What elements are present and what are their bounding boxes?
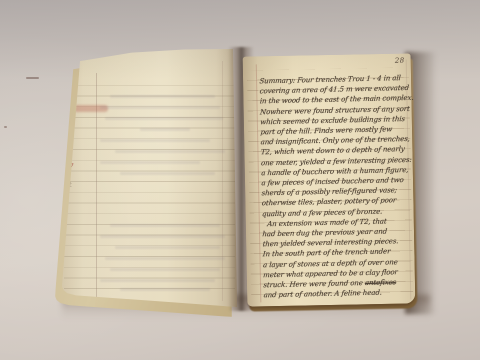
- bleed-through-ghost-line: [100, 139, 210, 142]
- bleed-through-ghost-line: [115, 246, 220, 249]
- handwriting-line: which seemed to exclude buildings in thi…: [260, 115, 405, 126]
- handwriting-line: struck. Here were found one antefixes: [263, 278, 396, 289]
- handwriting-line: a handle of bucchero with a human figure…: [261, 166, 409, 177]
- notebook-photo: 27 Δ T T 7 t 28 Summary: Four trenches T…: [0, 0, 480, 360]
- handwriting-lines: Summary: Four trenches Trou 1 - 4 in all…: [259, 74, 413, 303]
- left-page: 27 Δ T T 7 t: [62, 49, 237, 307]
- handwriting-line: An extension was made of T2, that: [262, 217, 387, 228]
- bleed-through-ghost-line: [100, 161, 200, 164]
- handwriting-line: quality and a few pieces of bronze.: [262, 207, 383, 218]
- handwriting-line: T2, which went down to a depth of nearly: [261, 145, 405, 156]
- background-speck: [4, 126, 7, 128]
- handwriting-line: part of the hill. Finds were mostly few: [260, 125, 392, 136]
- handwriting-line: a layer of stones at a depth of over one: [263, 258, 398, 269]
- bleed-through-ghost-line: [100, 106, 220, 109]
- right-page-number: 28: [395, 57, 405, 65]
- bleed-through-ghost-line: [120, 172, 215, 175]
- bleed-through-ghost-line: [140, 128, 190, 131]
- handwriting-line: one meter, yielded a few interesting pie…: [261, 155, 412, 166]
- bleed-through-ghost-line: [105, 117, 223, 120]
- handwriting-line: in the wood to the east of the main comp…: [260, 94, 414, 105]
- handwriting-line: and part of another. A feline head.: [263, 289, 382, 300]
- handwriting-line: In the south part of the trench under: [262, 248, 390, 259]
- handwriting-line: Nowhere were found structures of any sor…: [260, 105, 410, 116]
- background-scratch: [26, 77, 39, 79]
- bleed-through-ghost-line: [110, 95, 215, 98]
- right-page: 28 Summary: Four trenches Trou 1 - 4 in …: [243, 53, 416, 306]
- bleed-through-ghost-line: [115, 150, 225, 153]
- left-page-inner-margin-line: [222, 61, 223, 301]
- margin-mark-t1: T: [65, 81, 70, 89]
- bleed-through-ghost-line: [110, 268, 220, 271]
- handwriting-line: had been dug the previous year and: [262, 227, 387, 238]
- bleed-through-ghost-line: [105, 257, 225, 260]
- handwriting-line: otherwise tiles, plaster, pottery of poo…: [262, 197, 397, 208]
- struck-through-word: antefixes: [365, 278, 397, 287]
- margin-mark-delta: Δ: [66, 59, 70, 65]
- bleed-through-ghost-line: [110, 224, 220, 227]
- handwriting-line: meter what appeared to be a clay floor: [263, 268, 398, 279]
- bleed-through-ghost-line: [100, 279, 215, 282]
- left-page-number: 27: [82, 53, 92, 61]
- bleed-through-ghost-line: [120, 288, 210, 291]
- bleed-through-ghost-line: [100, 235, 225, 238]
